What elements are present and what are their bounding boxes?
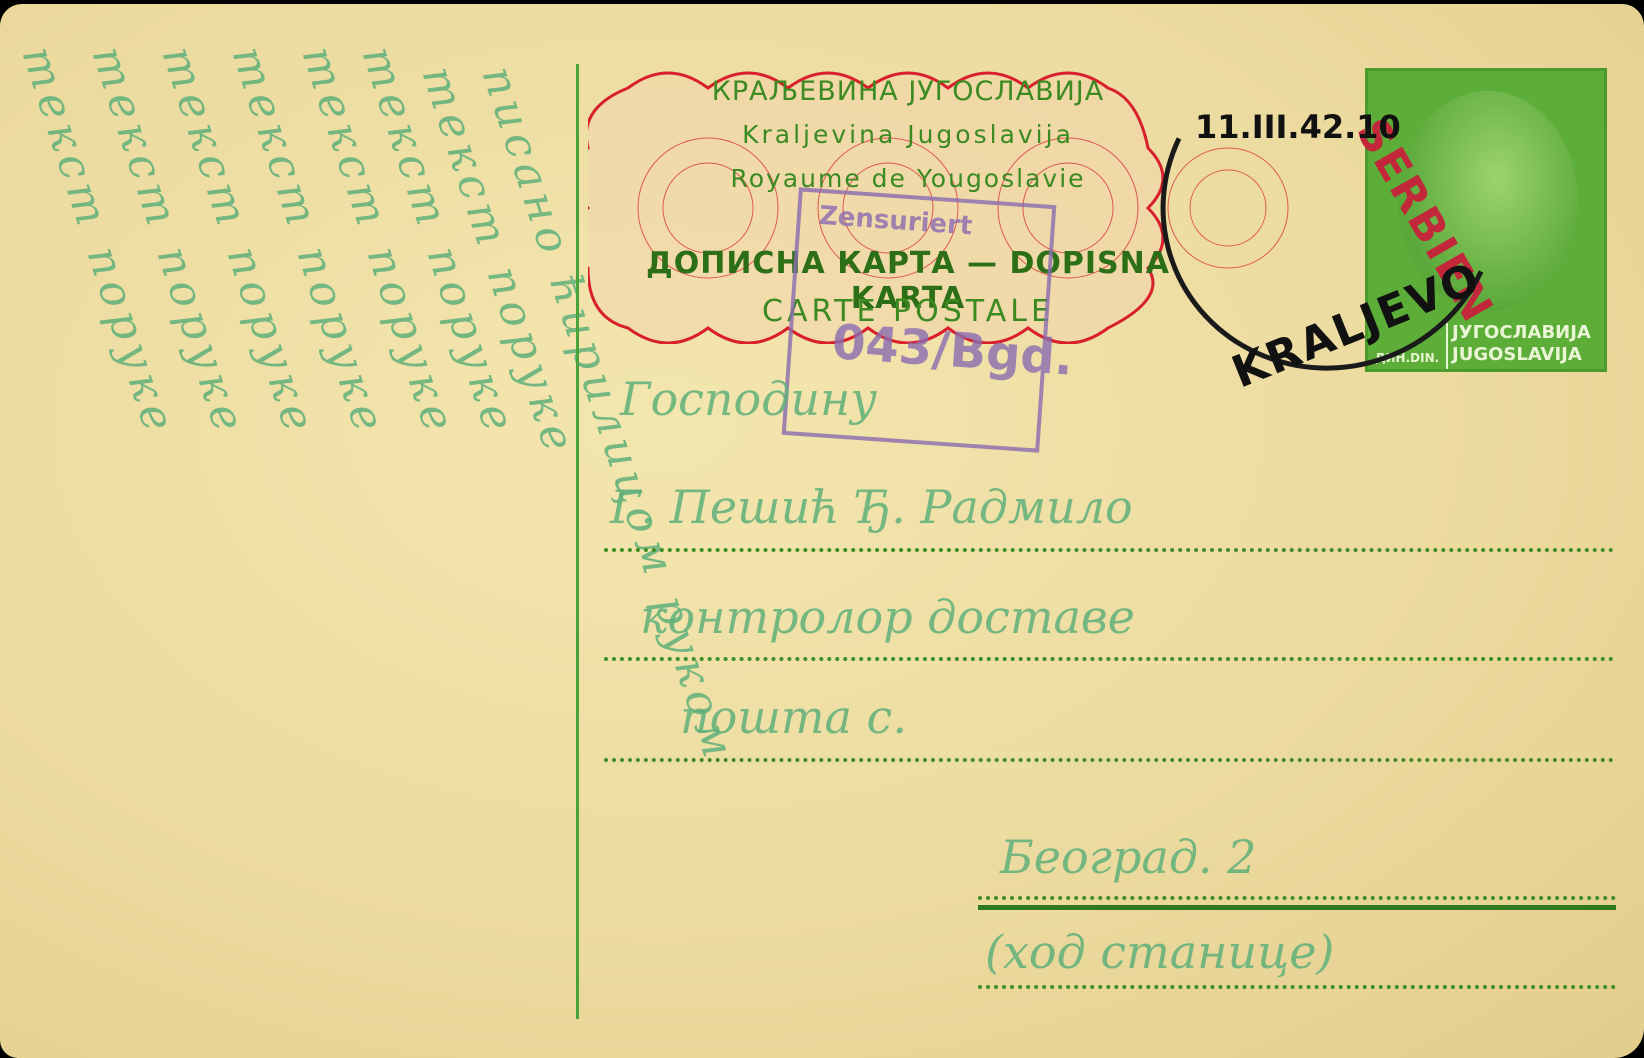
censor-label: Zensuriert bbox=[818, 201, 973, 242]
address-line-3: контролор доставе bbox=[640, 590, 1135, 644]
stamp-country-cyrillic: ЈУГОСЛАВИЈА bbox=[1452, 322, 1591, 343]
address-line-2: Г. Пешић Ђ. Радмило bbox=[610, 480, 1133, 534]
header-cyrillic: КРАЉЕВИНА ЈУГОСЛАВИЈА bbox=[588, 76, 1228, 107]
message-address-divider bbox=[576, 64, 579, 1019]
address-line-5: Београд. 2 bbox=[1000, 830, 1257, 884]
stamp-country-latin: JUGOSLAVIJA bbox=[1452, 344, 1582, 365]
address-rule-3 bbox=[604, 758, 1614, 762]
postmark-date: 11.III.42.10 bbox=[1195, 108, 1401, 146]
address-rule-solid bbox=[978, 905, 1616, 910]
header-french: Royaume de Yougoslavie bbox=[588, 164, 1228, 193]
address-line-4: пошта с. bbox=[680, 690, 907, 744]
header-latin: Kraljevina Jugoslavija bbox=[588, 120, 1228, 149]
address-rule-4 bbox=[978, 896, 1616, 900]
address-line-6: (ход станице) bbox=[985, 925, 1334, 979]
address-rule-2 bbox=[604, 657, 1614, 661]
address-rule-1 bbox=[604, 548, 1614, 552]
address-rule-5 bbox=[978, 985, 1616, 989]
address-line-1: Господину bbox=[620, 372, 877, 426]
